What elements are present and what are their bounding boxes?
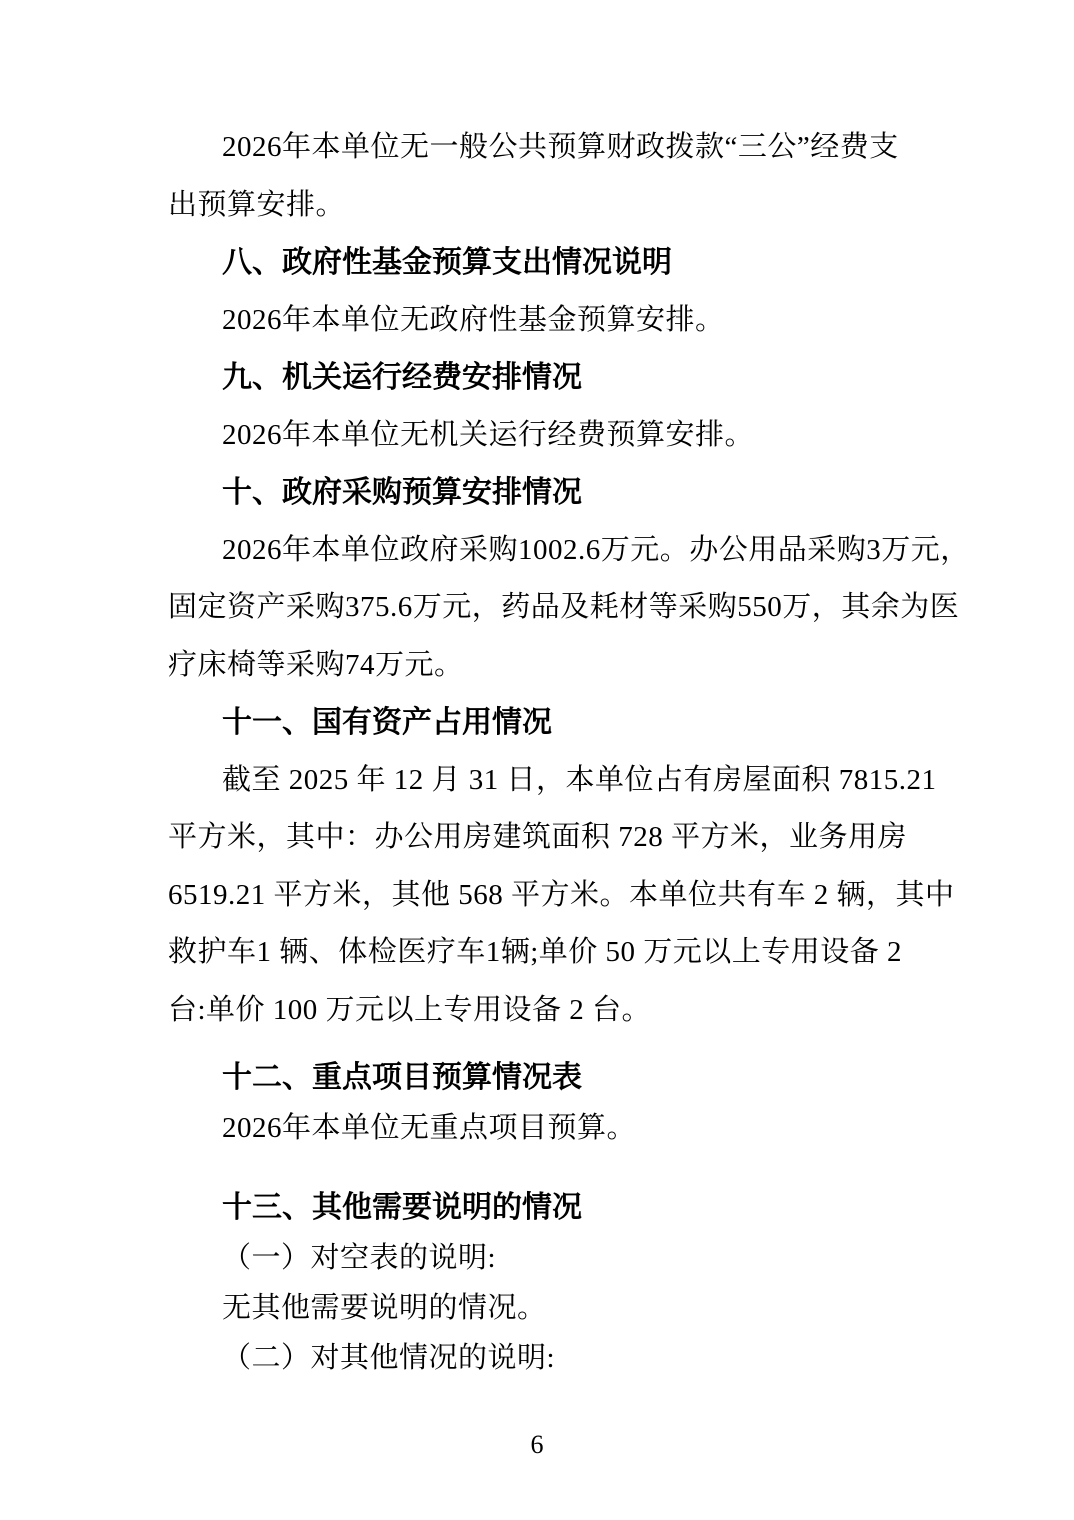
paragraph-agency-operating-expense: 2026年本单位无机关运行经费预算安排。 [168, 407, 958, 465]
heading-section-9-agency-operating-expense: 九、机关运行经费安排情况 [168, 349, 958, 407]
paragraph-empty-table-note-label: （一）对空表的说明: [168, 1233, 958, 1283]
heading-section-12-key-project-budget: 十二、重点项目预算情况表 [168, 1053, 958, 1103]
paragraph-three-public-line-1: 2026年本单位无一般公共预算财政拨款“三公”经费支 [168, 119, 958, 177]
heading-section-11-state-owned-assets: 十一、国有资产占用情况 [168, 694, 958, 752]
paragraph-assets-line-1: 截至 2025 年 12 月 31 日，本单位占有房屋面积 7815.21 [168, 752, 958, 810]
paragraph-three-public-line-2: 出预算安排。 [168, 177, 958, 235]
paragraph-other-situation-note-label: （二）对其他情况的说明: [168, 1333, 958, 1383]
paragraph-key-project-budget: 2026年本单位无重点项目预算。 [168, 1103, 958, 1153]
paragraph-procurement-line-3: 疗床椅等采购74万元。 [168, 637, 958, 695]
paragraph-assets-line-2: 平方米，其中：办公用房建筑面积 728 平方米，业务用房 [168, 809, 958, 867]
document-page: 2026年本单位无一般公共预算财政拨款“三公”经费支 出预算安排。 八、政府性基… [0, 0, 1074, 1520]
paragraph-procurement-line-2: 固定资产采购375.6万元，药品及耗材等采购550万，其余为医 [168, 579, 958, 637]
paragraph-assets-line-5: 台:单价 100 万元以上专用设备 2 台。 [168, 982, 958, 1040]
document-content: 2026年本单位无一般公共预算财政拨款“三公”经费支 出预算安排。 八、政府性基… [168, 119, 958, 1383]
heading-section-8-government-fund-budget: 八、政府性基金预算支出情况说明 [168, 234, 958, 292]
paragraph-assets-line-3: 6519.21 平方米，其他 568 平方米。本单位共有车 2 辆，其中 [168, 867, 958, 925]
paragraph-government-fund-budget: 2026年本单位无政府性基金预算安排。 [168, 292, 958, 350]
paragraph-empty-table-note-body: 无其他需要说明的情况。 [168, 1283, 958, 1333]
paragraph-assets-line-4: 救护车1 辆、体检医疗车1辆;单价 50 万元以上专用设备 2 [168, 924, 958, 982]
paragraph-procurement-line-1: 2026年本单位政府采购1002.6万元。办公用品采购3万元， [168, 522, 958, 580]
heading-section-10-government-procurement: 十、政府采购预算安排情况 [168, 464, 958, 522]
page-number: 6 [0, 1430, 1074, 1460]
heading-section-13-other-notes: 十三、其他需要说明的情况 [168, 1183, 958, 1233]
